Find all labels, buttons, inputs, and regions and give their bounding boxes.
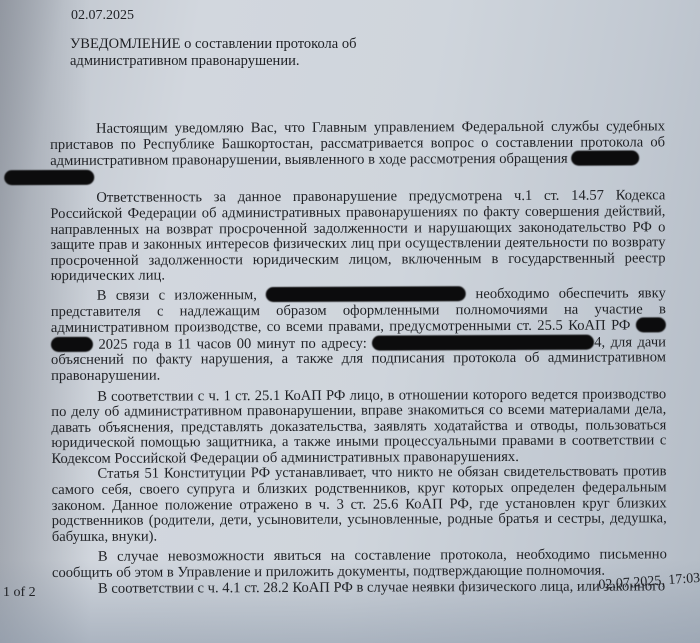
paragraph-rights: В соответствии с ч. 1 ст. 25.1 КоАП РФ л…	[51, 387, 666, 468]
page-indicator: 1 of 2	[3, 585, 36, 601]
redaction-block	[571, 151, 639, 166]
paragraph-non-appearance: В соответствии с ч. 4.1 ст. 28.2 КоАП РФ…	[52, 579, 667, 597]
redaction-block	[266, 286, 466, 302]
redaction-block	[372, 334, 594, 350]
document-date: 02.07.2025	[71, 8, 134, 24]
paragraph-liability: Ответственность за данное правонарушение…	[50, 189, 665, 285]
redaction-block	[636, 317, 666, 332]
paragraph-constitution: Статья 51 Конституции РФ устанавливает, …	[52, 465, 667, 546]
redaction-block	[51, 337, 93, 352]
paragraph-notice: Настоящим уведомляю Вас, что Главным упр…	[50, 119, 665, 186]
paragraph-absence: В случае невозможности явиться на состав…	[52, 548, 667, 582]
paragraph-summons: В связи с изложенным, необходимо обеспеч…	[51, 285, 666, 384]
redaction-block	[4, 170, 94, 185]
document-body: Настоящим уведомляю Вас, что Главным упр…	[50, 119, 667, 597]
document-title: УВЕДОМЛЕНИЕ о составлении протокола об а…	[70, 36, 390, 70]
